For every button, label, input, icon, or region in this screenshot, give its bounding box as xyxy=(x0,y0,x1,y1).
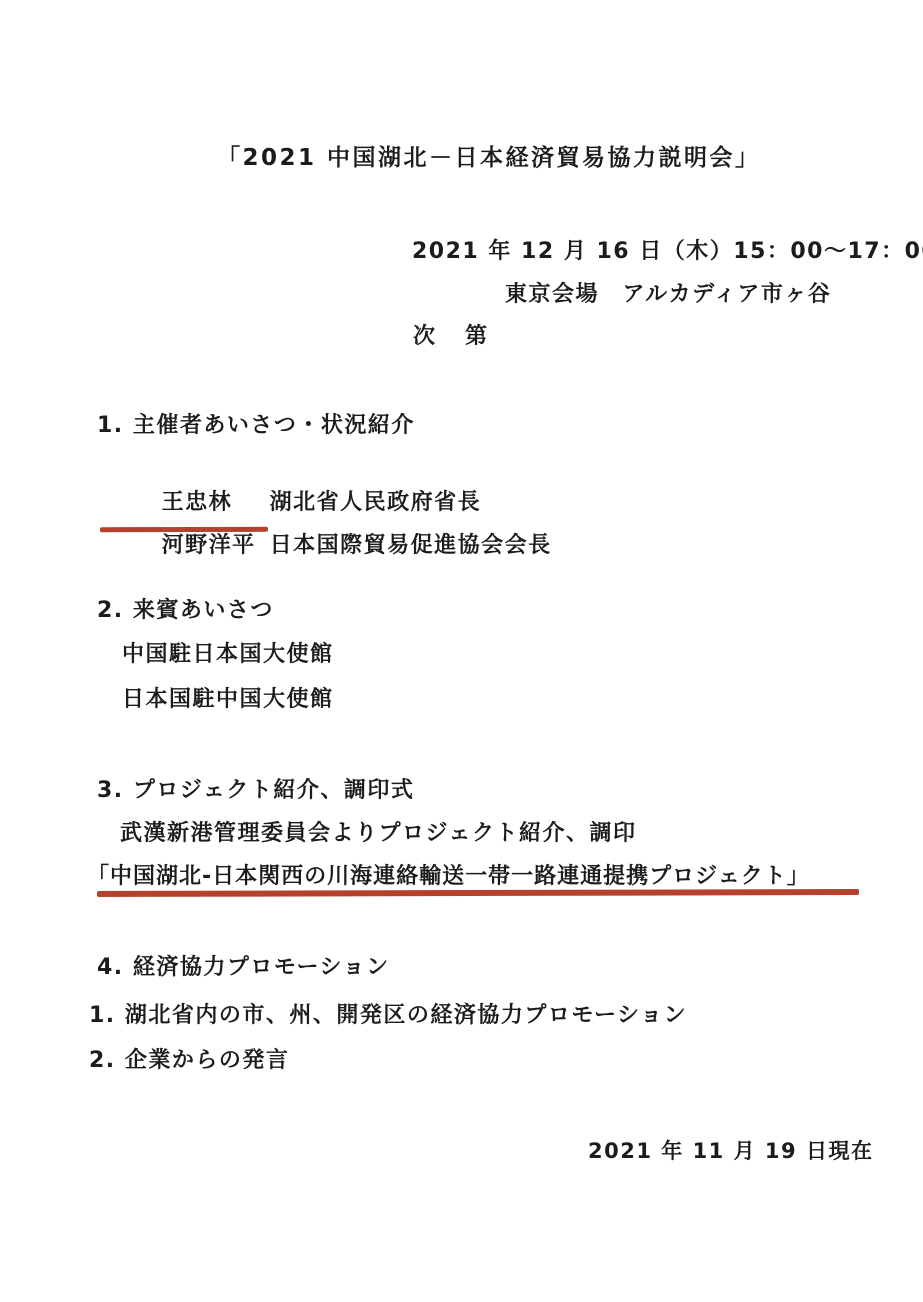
section-1-heading: 1. 主催者あいさつ・状況紹介 xyxy=(97,412,415,440)
footer-date: 2021 年 11 月 19 日現在 xyxy=(588,1138,873,1164)
section-4-item: 2. 企業からの発言 xyxy=(89,1047,289,1075)
agenda-document-page: 「2021 中国湖北－日本経済貿易協力説明会」 2021 年 12 月 16 日… xyxy=(0,0,923,1302)
speaker-row: 河野洋平日本国際貿易促進協会会長 xyxy=(125,504,552,587)
speaker-name: 河野洋平 xyxy=(162,532,270,560)
section-3-item: 武漢新港管理委員会よりプロジェクト紹介、調印 xyxy=(120,820,637,848)
event-venue: 東京会場 アルカディア市ヶ谷 xyxy=(505,281,831,309)
red-underline xyxy=(100,527,268,532)
speaker-role: 日本国際貿易促進協会会長 xyxy=(270,533,552,558)
agenda-heading: 次 第 xyxy=(413,323,491,351)
section-2-heading: 2. 来賓あいさつ xyxy=(97,597,274,625)
red-underline xyxy=(97,889,859,897)
section-2-item: 中国駐日本国大使館 xyxy=(122,641,334,669)
section-4-item: 1. 湖北省内の市、州、開発区の経済協力プロモーション xyxy=(89,1002,687,1030)
section-4-heading: 4. 経済協力プロモーション xyxy=(97,954,390,982)
event-datetime: 2021 年 12 月 16 日（木）15：00～17：00 xyxy=(412,238,923,266)
event-title: 「2021 中国湖北－日本経済貿易協力説明会」 xyxy=(217,144,761,173)
section-3-heading: 3. プロジェクト紹介、調印式 xyxy=(97,777,414,805)
section-2-item: 日本国駐中国大使館 xyxy=(122,686,334,714)
project-title-line: 「中国湖北-日本関西の川海連絡輸送一帯一路連通提携プロジェクト」 xyxy=(87,863,810,891)
